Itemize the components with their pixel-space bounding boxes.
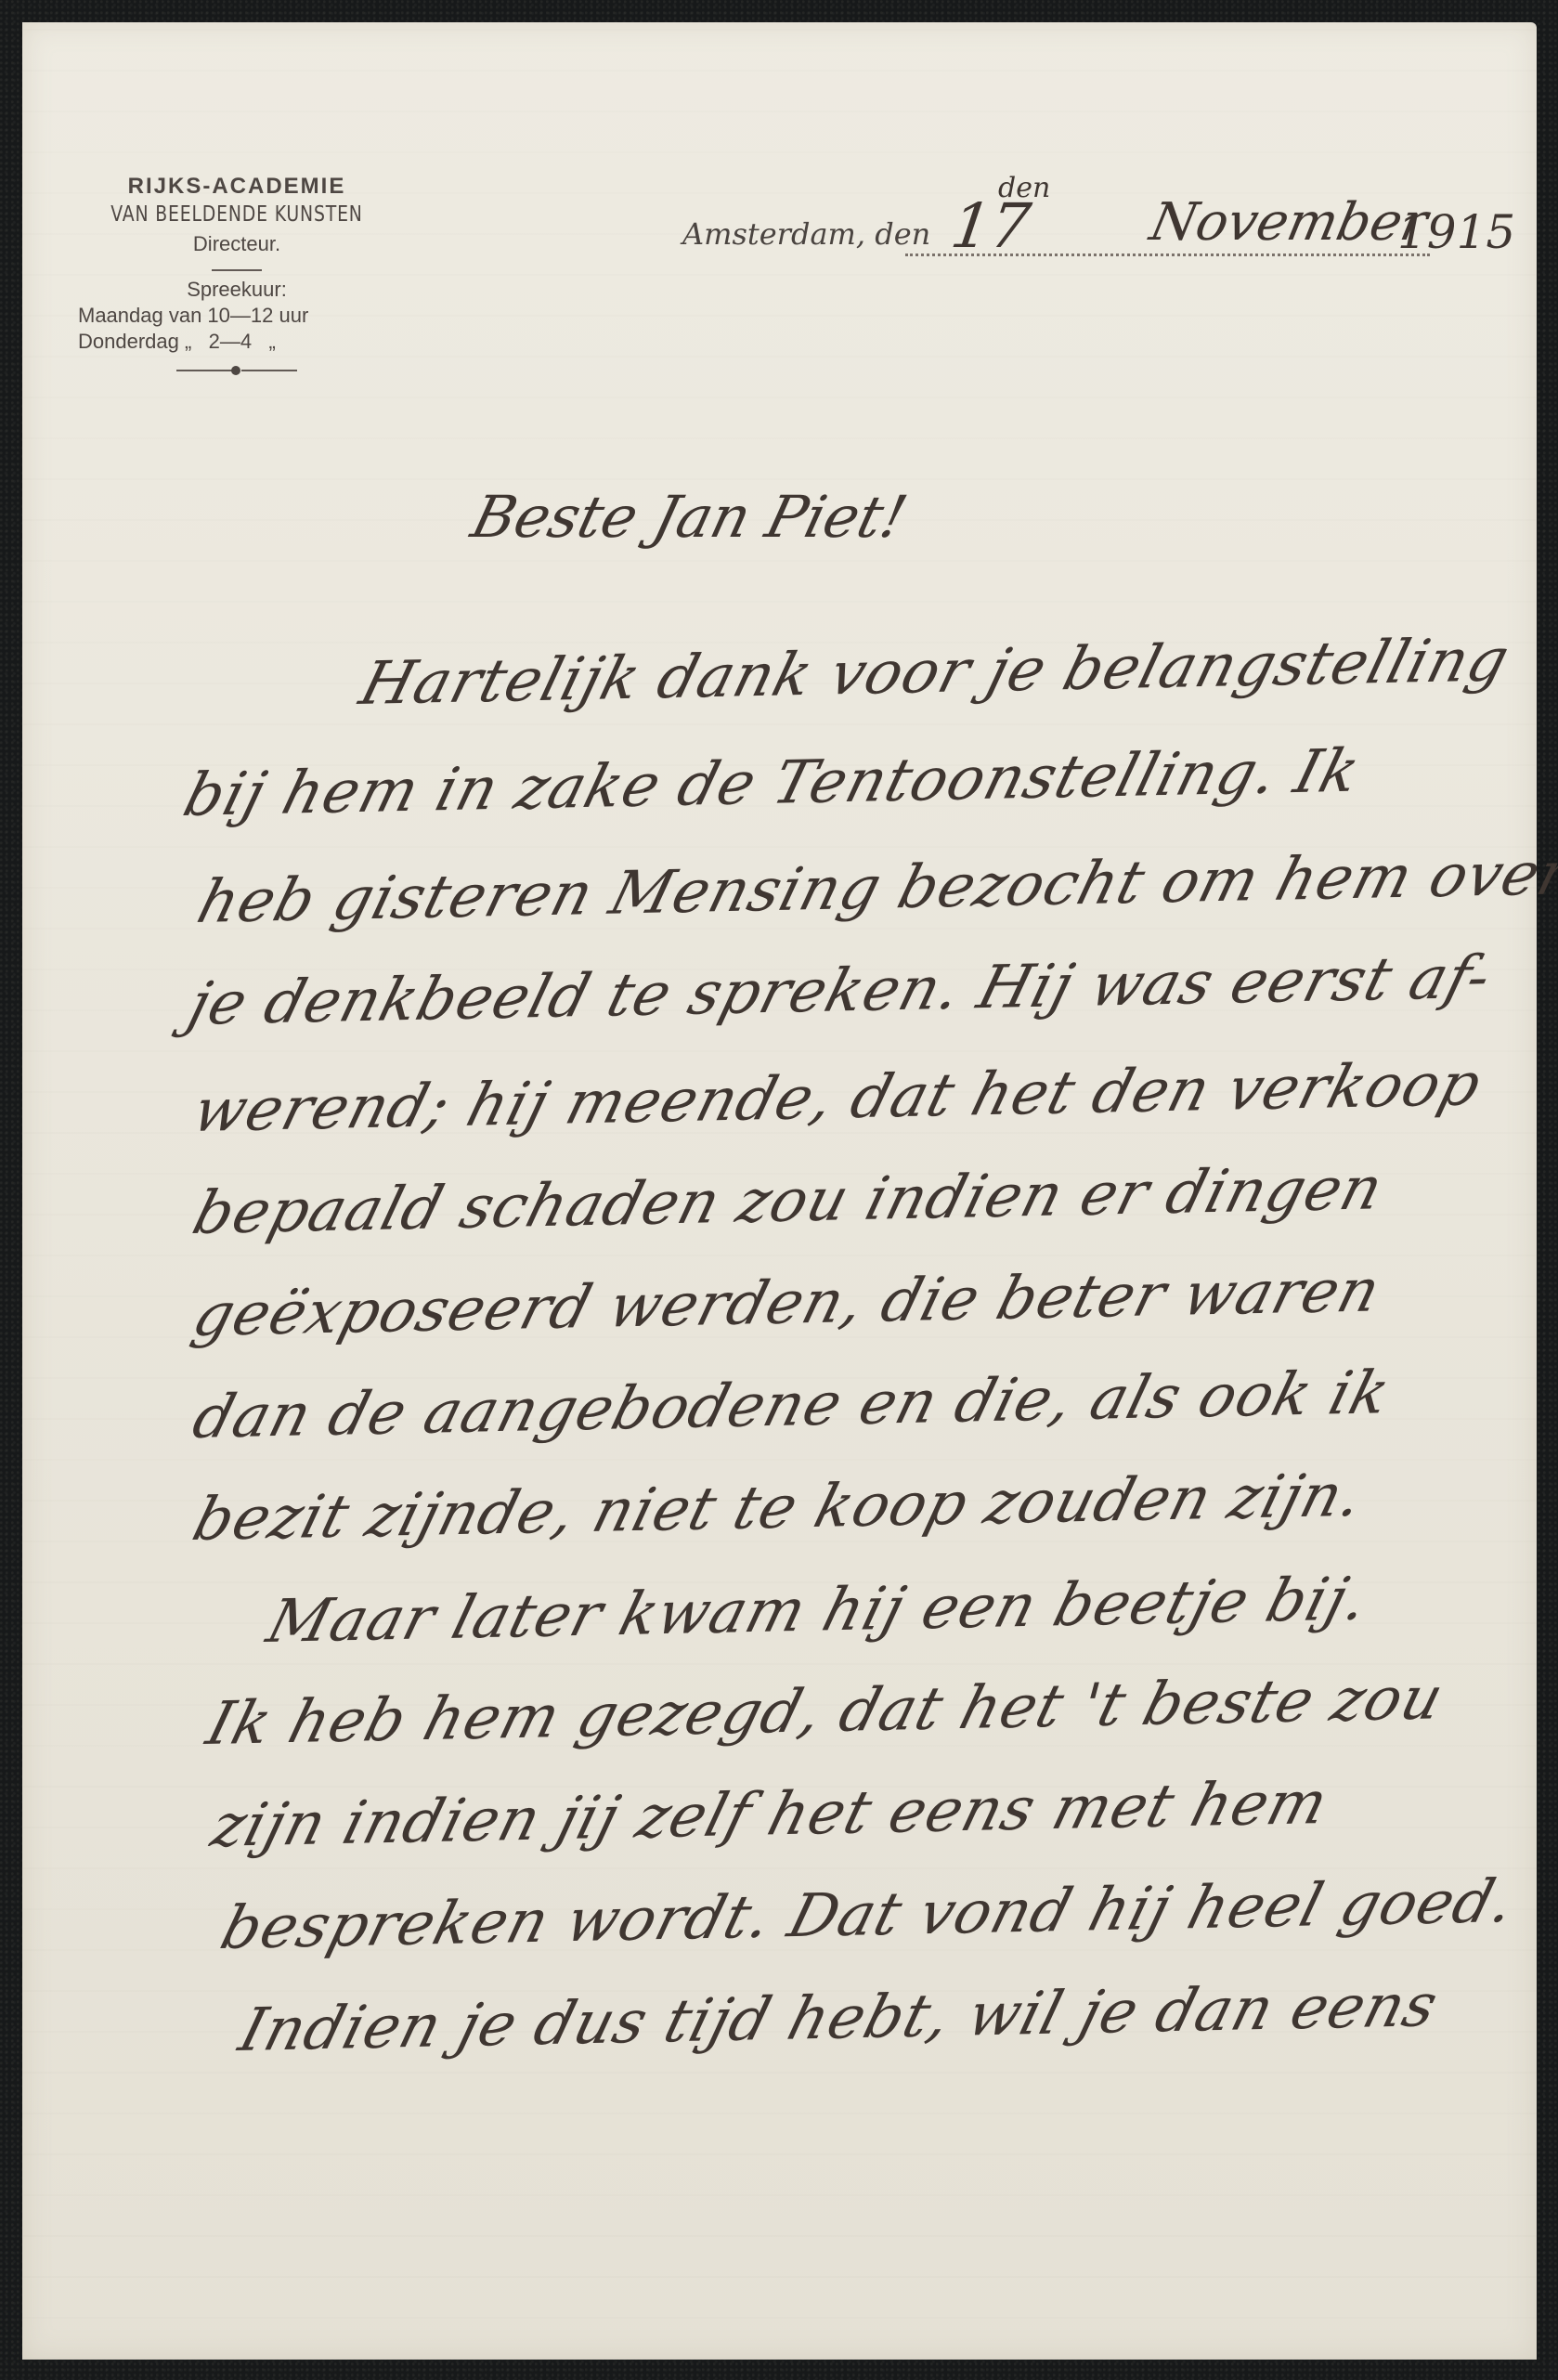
date-day-suffix: den [998, 172, 1050, 204]
date-month: November [1145, 192, 1433, 253]
letterhead-role: Directeur. [58, 230, 416, 258]
letterhead-divider [212, 269, 262, 271]
office-hours-title: Spreekuur: [58, 277, 416, 303]
letterhead: RIJKS-ACADEMIE VAN BEELDENDE KUNSTEN Dir… [58, 173, 416, 377]
salutation: Beste Jan Piet! [465, 483, 914, 551]
letterhead-institution: RIJKS-ACADEMIE [58, 173, 416, 201]
dateline-place: Amsterdam, den [682, 216, 930, 252]
date-year: 1915 [1397, 205, 1515, 259]
letterhead-subtitle: VAN BEELDENDE KUNSTEN [90, 201, 384, 228]
dateline: Amsterdam, den 17 den November 1915 [682, 200, 1518, 274]
office-hours-monday: Maandag van 10—12 uur [58, 303, 416, 329]
office-hours-thursday: Donderdag „ 2—4 „ [58, 329, 416, 355]
ornament-divider-icon [176, 364, 297, 377]
